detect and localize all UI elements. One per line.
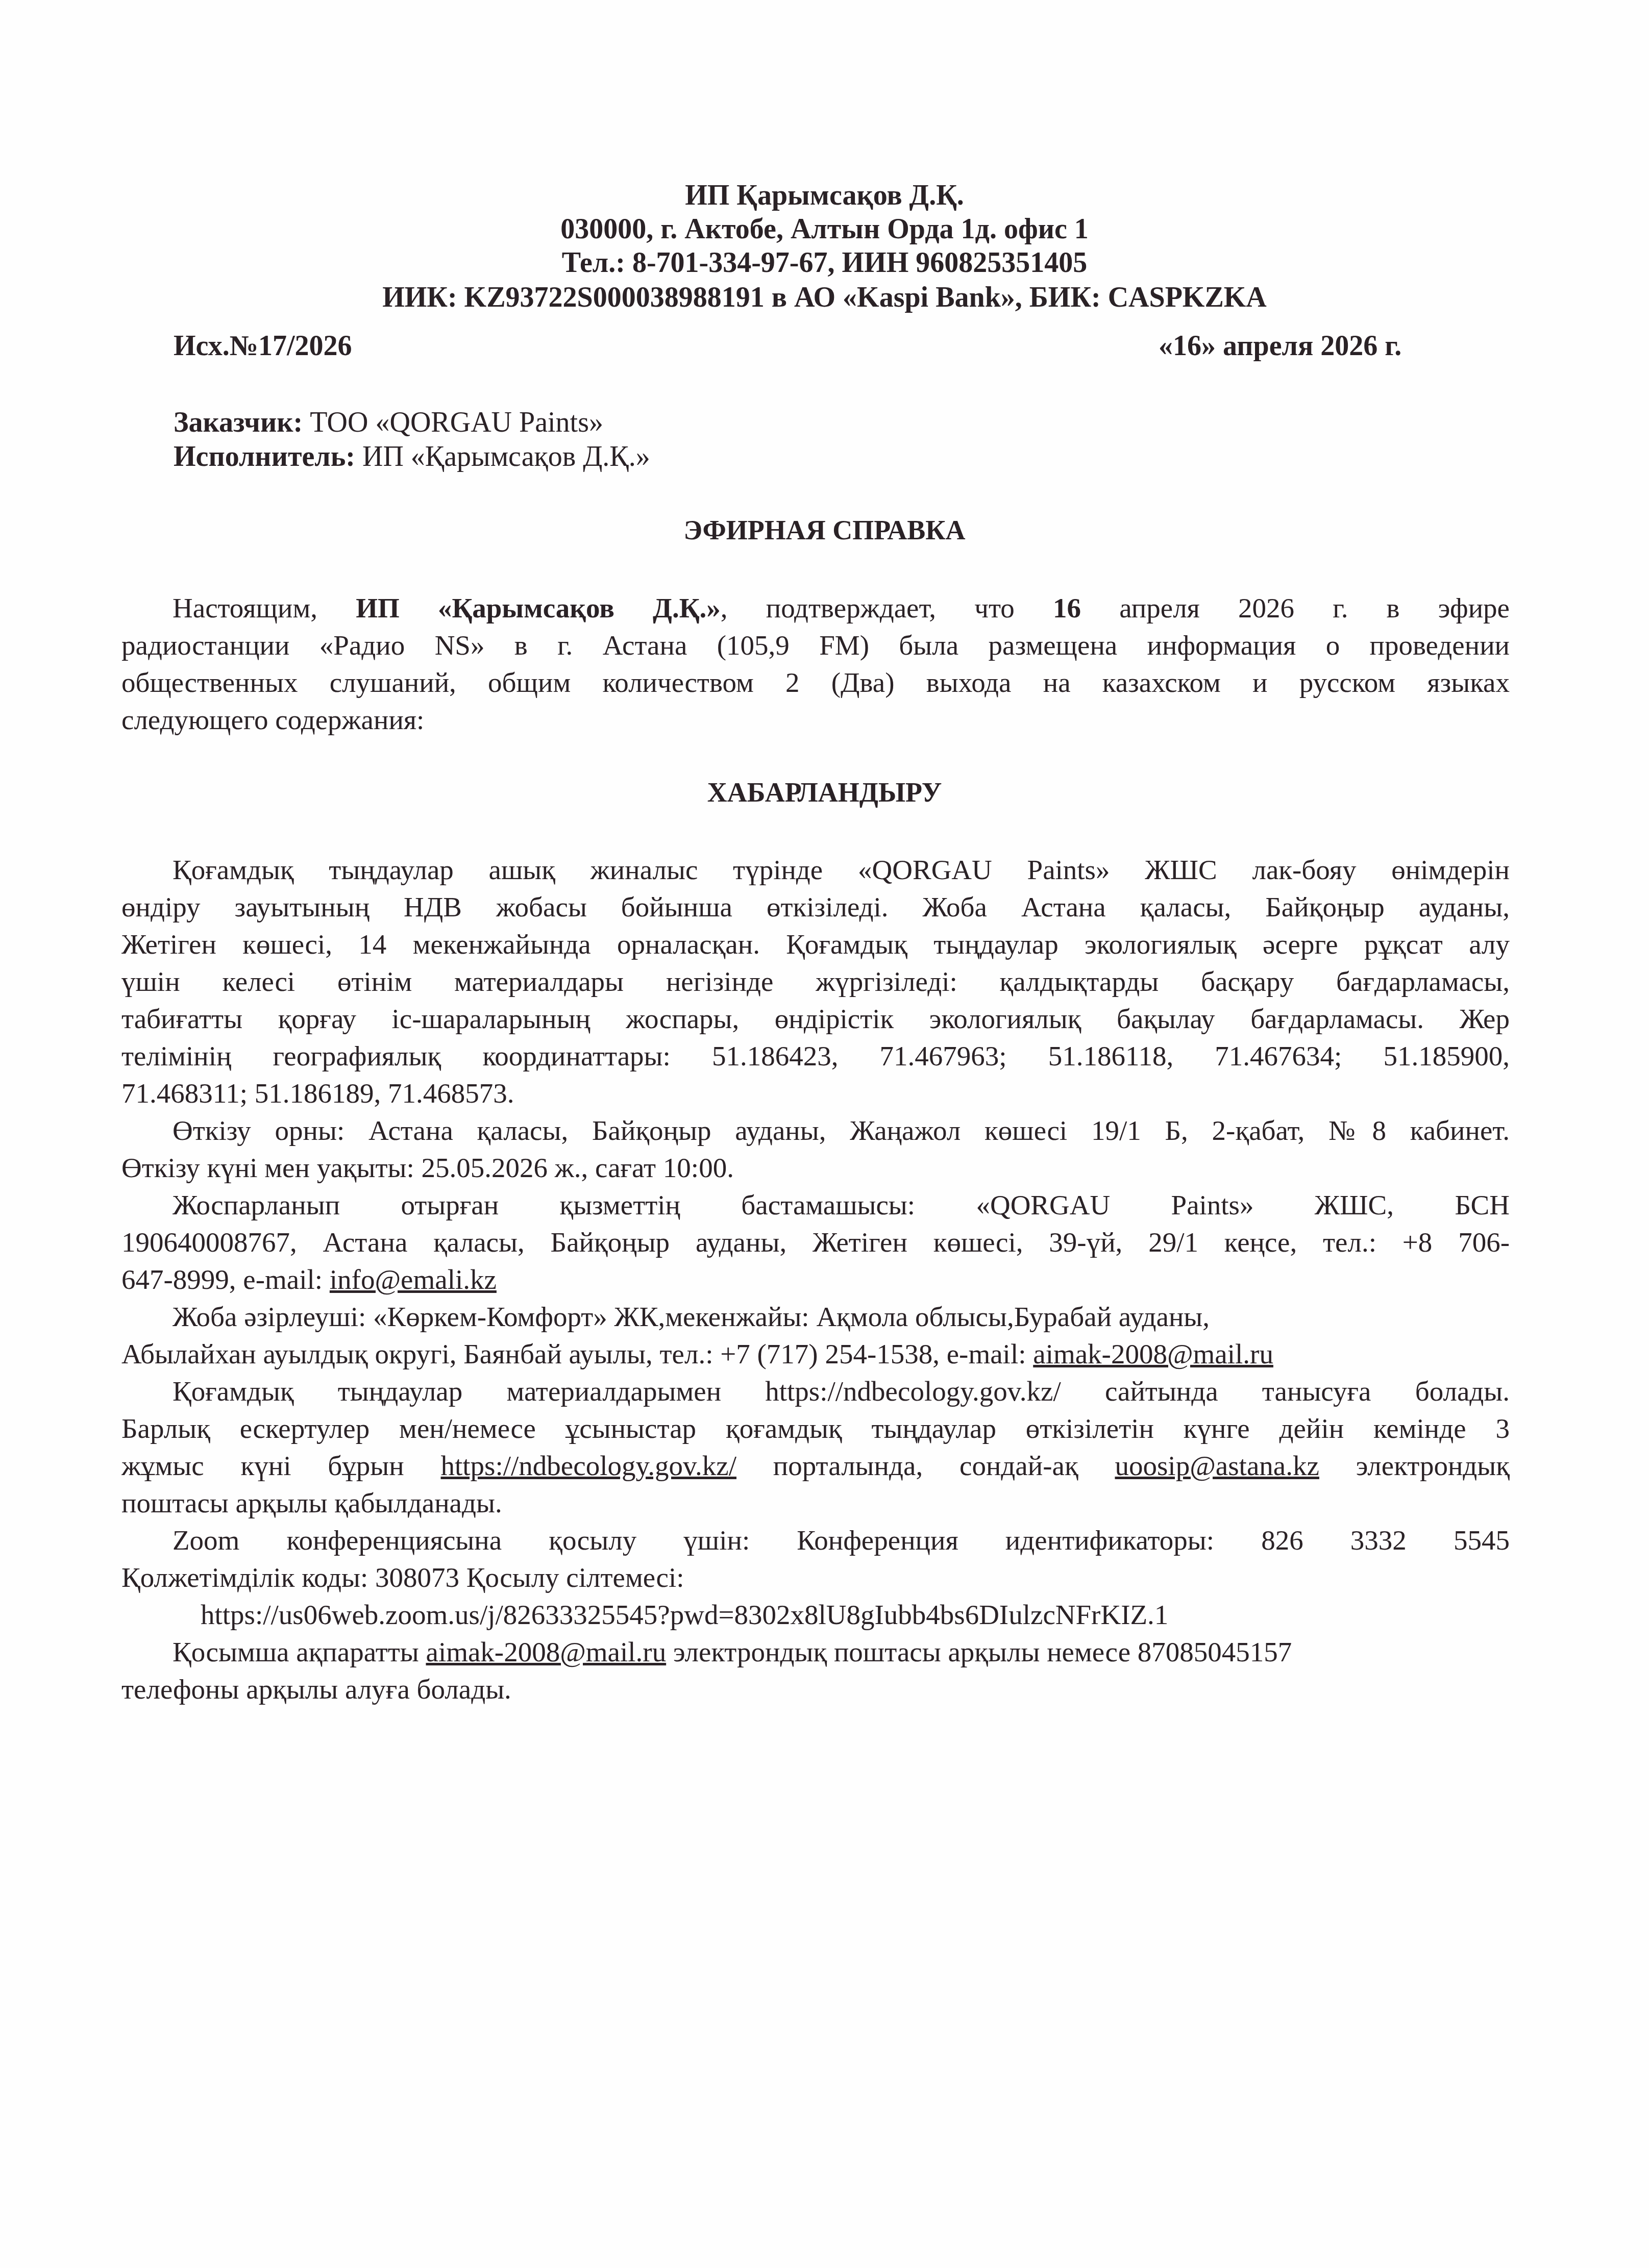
intro-line-3: общественных слушаний, общим количеством… <box>121 664 1510 701</box>
initiator-line-1: Жоспарланып отырған қызметтің бастамашыс… <box>121 1186 1510 1224</box>
document-date: «16» апреля 2026 г. <box>1159 329 1401 363</box>
ann-p1-line: табиғатты қорғау іс-шараларының жоспары,… <box>121 1000 1510 1037</box>
zoom-link[interactable]: https://us06web.zoom.us/j/82633325545?pw… <box>121 1596 1510 1633</box>
executor-label: Исполнитель: <box>174 441 355 472</box>
datetime-line: Өткізу күні мен уақыты: 25.05.2026 ж., с… <box>121 1149 1510 1186</box>
letterhead-phone-iin: Тел.: 8-701-334-97-67, ИИН 960825351405 <box>0 246 1649 280</box>
intro-line-4: следующего содержания: <box>121 701 1510 738</box>
letterhead-address: 030000, г. Актобе, Алтын Орда 1д. офис 1 <box>0 212 1649 246</box>
contact-email-link[interactable]: aimak-2008@mail.ru <box>426 1636 666 1667</box>
announcement-body: Қоғамдық тыңдаулар ашық жиналыс түрінде … <box>121 851 1510 1708</box>
customer-label: Заказчик: <box>174 407 303 438</box>
ann-p1-line: Қоғамдық тыңдаулар ашық жиналыс түрінде … <box>121 851 1510 888</box>
developer-email-link[interactable]: aimak-2008@mail.ru <box>1033 1338 1273 1369</box>
announcement-title: ХАБАРЛАНДЫРУ <box>0 777 1649 808</box>
customer-value: ТОО «QORGAU Paints» <box>303 407 603 438</box>
ndbecology-link[interactable]: https://ndbecology.gov.kz/ <box>441 1450 736 1481</box>
intro-line-2: радиостанции «Радио NS» в г. Астана (105… <box>121 627 1510 664</box>
uoosip-email-link[interactable]: uoosip@astana.kz <box>1115 1450 1319 1481</box>
initiator-line-3: 647-8999, e-mail: info@emali.kz <box>121 1261 1510 1298</box>
zoom-line-2: Қолжетімділік коды: 308073 Қосылу сілтем… <box>121 1559 1510 1596</box>
materials-line-3: жұмыс күні бұрын https://ndbecology.gov.… <box>121 1447 1510 1484</box>
ann-p1-line: өндіру зауытының НДВ жобасы бойынша өткі… <box>121 888 1510 926</box>
initiator-line-2: 190640008767, Астана қаласы, Байқоңыр ау… <box>121 1224 1510 1261</box>
letterhead-bank: ИИК: KZ93722S000038988191 в АО «Kaspi Ba… <box>0 281 1649 314</box>
zoom-line-1: Zoom конференциясына қосылу үшін: Конфер… <box>121 1522 1510 1559</box>
letterhead-name: ИП Қарымсақов Д.Қ. <box>0 179 1649 212</box>
ann-p1-line: Жетіген көшесі, 14 мекенжайында орналасқ… <box>121 926 1510 963</box>
materials-line-2: Барлық ескертулер мен/немесе ұсыныстар қ… <box>121 1410 1510 1447</box>
materials-line-4: поштасы арқылы қабылданады. <box>121 1484 1510 1522</box>
outgoing-number: Исх.№17/2026 <box>174 329 352 363</box>
materials-line-1: Қоғамдық тыңдаулар материалдарымен https… <box>121 1373 1510 1410</box>
executor-value: ИП «Қарымсақов Д.Қ.» <box>355 441 650 472</box>
ann-p1-line: 71.468311; 51.186189, 71.468573. <box>121 1075 1510 1112</box>
customer-line: Заказчик: ТОО «QORGAU Paints» <box>174 406 603 439</box>
initiator-email-link[interactable]: info@emali.kz <box>330 1264 497 1295</box>
intro-paragraph: Настоящим, ИП «Қарымсақов Д.Қ.», подтвер… <box>121 589 1510 738</box>
developer-line-2: Абылайхан ауылдық округі, Баянбай ауылы,… <box>121 1335 1510 1373</box>
contact-line-1: Қосымша ақпаратты aimak-2008@mail.ru эле… <box>121 1633 1510 1671</box>
document-title: ЭФИРНАЯ СПРАВКА <box>0 514 1649 546</box>
venue-line: Өткізу орны: Астана қаласы, Байқоңыр ауд… <box>121 1112 1510 1149</box>
ann-p1-line: үшін келесі өтінім материалдары негізінд… <box>121 963 1510 1000</box>
executor-line: Исполнитель: ИП «Қарымсақов Д.Қ.» <box>174 440 650 473</box>
intro-line-1: Настоящим, ИП «Қарымсақов Д.Қ.», подтвер… <box>121 589 1510 627</box>
developer-line-1: Жоба әзірлеуші: «Көркем-Комфорт» ЖК,меке… <box>121 1298 1510 1335</box>
document-page: ИП Қарымсақов Д.Қ. 030000, г. Актобе, Ал… <box>0 0 1649 2268</box>
contact-line-2: телефоны арқылы алуға болады. <box>121 1671 1510 1708</box>
ann-p1-line: телімінің географиялық координаттары: 51… <box>121 1037 1510 1075</box>
